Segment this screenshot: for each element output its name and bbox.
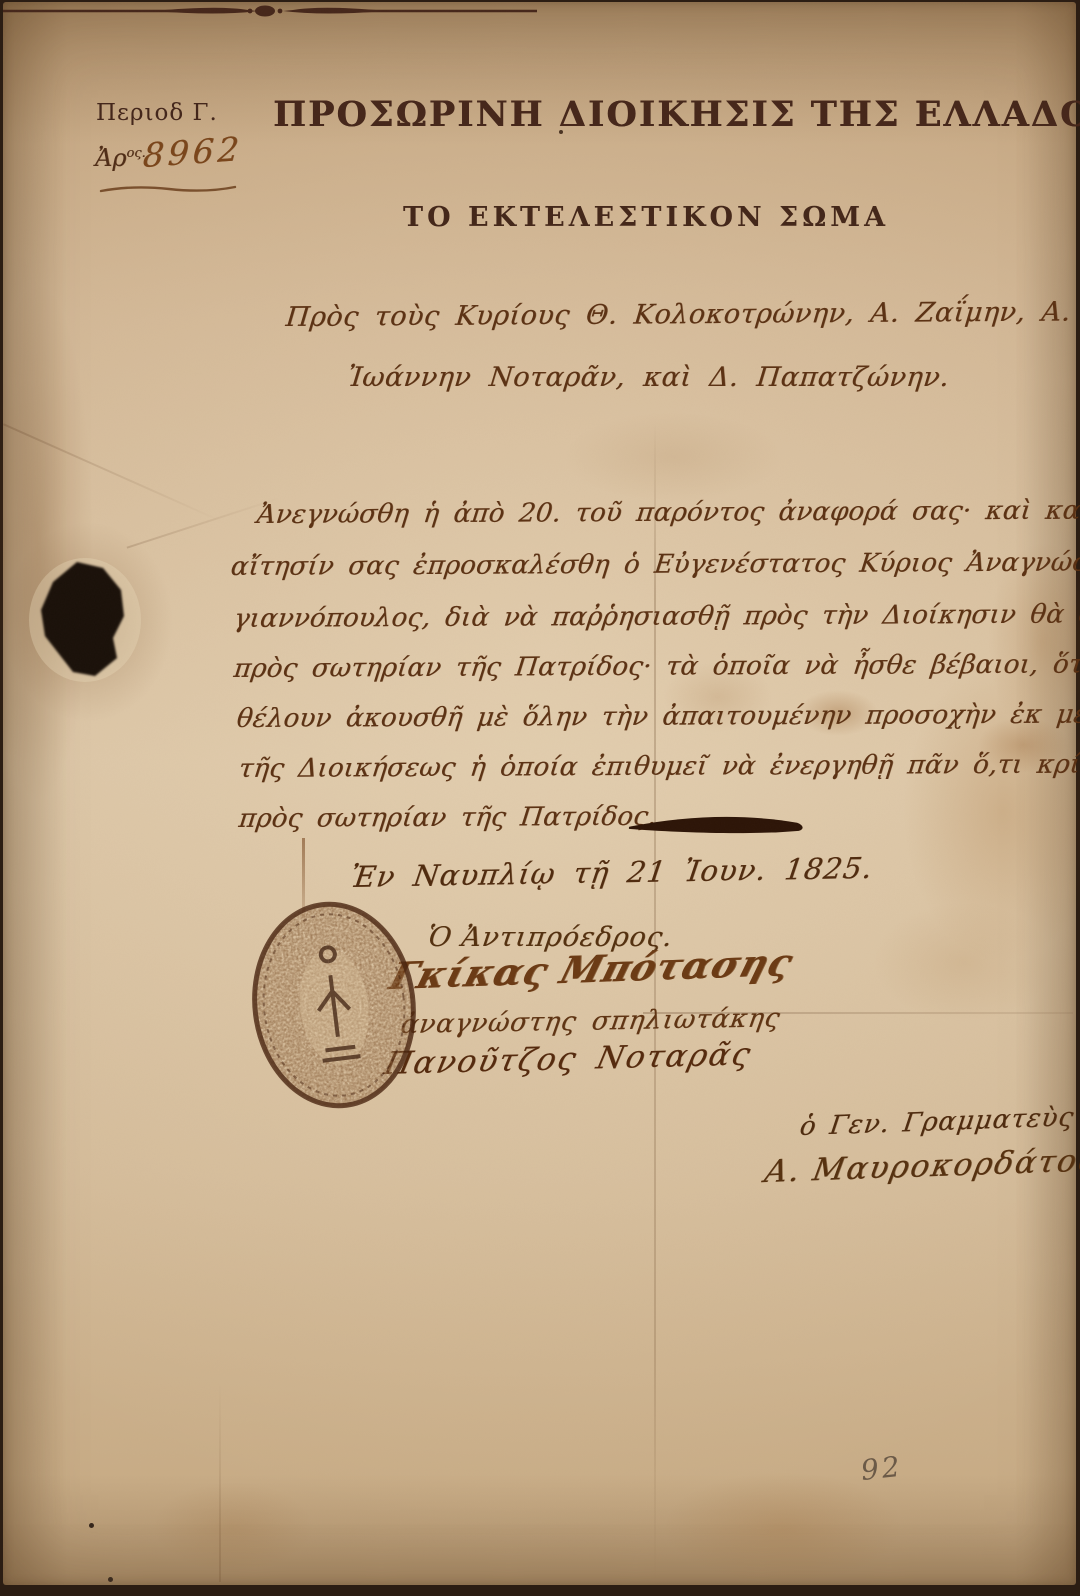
body-line: αἴτησίν σας ἐπροσκαλέσθη ὁ Εὐγενέστατος … [229, 547, 1080, 582]
protocol-number: 8962 [142, 129, 244, 175]
stain [0, 282, 93, 802]
paper-sheet: Περιοδ Γ. Ἀρος. 8962 ΠΡΟΣΩΡΙΝΗ ΔΙΟΙΚΗΣΙΣ… [3, 2, 1076, 1585]
ink-speck [108, 1577, 113, 1582]
page-subtitle: ΤΟ ΕΚΤΕΛΕΣΤΙΚΟΝ ΣΩΜΑ [403, 202, 843, 233]
body-line: πρὸς σωτηρίαν τῆς Πατρίδος· τὰ ὁποῖα νὰ … [232, 650, 1080, 684]
fold-crease [219, 1382, 221, 1582]
address-line: Ἰωάννην Νοταρᾶν, καὶ Δ. Παπατζώνην. [346, 362, 951, 393]
secretary-signature: Α. Μαυροκορδάτος [762, 1142, 1080, 1190]
protocol-underline-flourish [99, 184, 237, 194]
protocol-prefix-text: Ἀρ [95, 144, 126, 172]
dateline: Ἐν Ναυπλίῳ τῇ 21 Ἰουν. 1825. [349, 851, 876, 894]
fold-crease [3, 423, 223, 522]
ornamental-rule [3, 2, 537, 20]
stain [153, 1482, 313, 1572]
body-line: Ἀνεγνώσθη ἡ ἀπὸ 20. τοῦ παρόντος ἀναφορά… [255, 495, 1080, 530]
period-label: Περιοδ Γ. [96, 100, 218, 126]
ink-speck [89, 1523, 94, 1528]
official-seal-stamp [238, 890, 431, 1121]
stain [873, 902, 1053, 1022]
stain [563, 412, 783, 502]
body-line: τῆς Διοικήσεως ἡ ὁποία ἐπιθυμεῖ νὰ ἐνεργ… [237, 749, 1080, 784]
stain [663, 1472, 903, 1582]
secretary-title: ὁ Γεν. Γραμματεὺς [798, 1102, 1076, 1142]
signature-member: Πανοῦτζος Νοταρᾶς [381, 1036, 755, 1082]
body-line: πρὸς σωτηρίαν τῆς Πατρίδος. [237, 802, 658, 834]
address-line: Πρὸς τοὺς Κυρίους Θ. Κολοκοτρώνην, Α. Ζα… [284, 296, 1080, 333]
pencil-page-number: 92 [859, 1450, 904, 1487]
paper-hole-tear [25, 554, 143, 690]
signature-member: ἀναγνώστης σπηλιωτάκης [399, 1003, 783, 1040]
document-scan: Περιοδ Γ. Ἀρος. 8962 ΠΡΟΣΩΡΙΝΗ ΔΙΟΙΚΗΣΙΣ… [0, 0, 1080, 1596]
page-title: ΠΡΟΣΩΡΙΝΗ ΔΙΟΙΚΗΣΙΣ ΤΗΣ ΕΛΛΑΔΟΣ. [273, 94, 983, 135]
body-line: θέλουν ἀκουσθῆ μὲ ὅλην τὴν ἀπαιτουμένην … [235, 699, 1080, 734]
paper-grain-texture [3, 2, 1076, 1585]
fold-crease [654, 422, 656, 1582]
protocol-number-prefix: Ἀρος. [95, 144, 146, 172]
ink-flourish-dash [629, 807, 808, 843]
body-line: γιαννόπουλος, διὰ νὰ παῤῥησιασθῇ πρὸς τὴ… [232, 599, 1080, 634]
